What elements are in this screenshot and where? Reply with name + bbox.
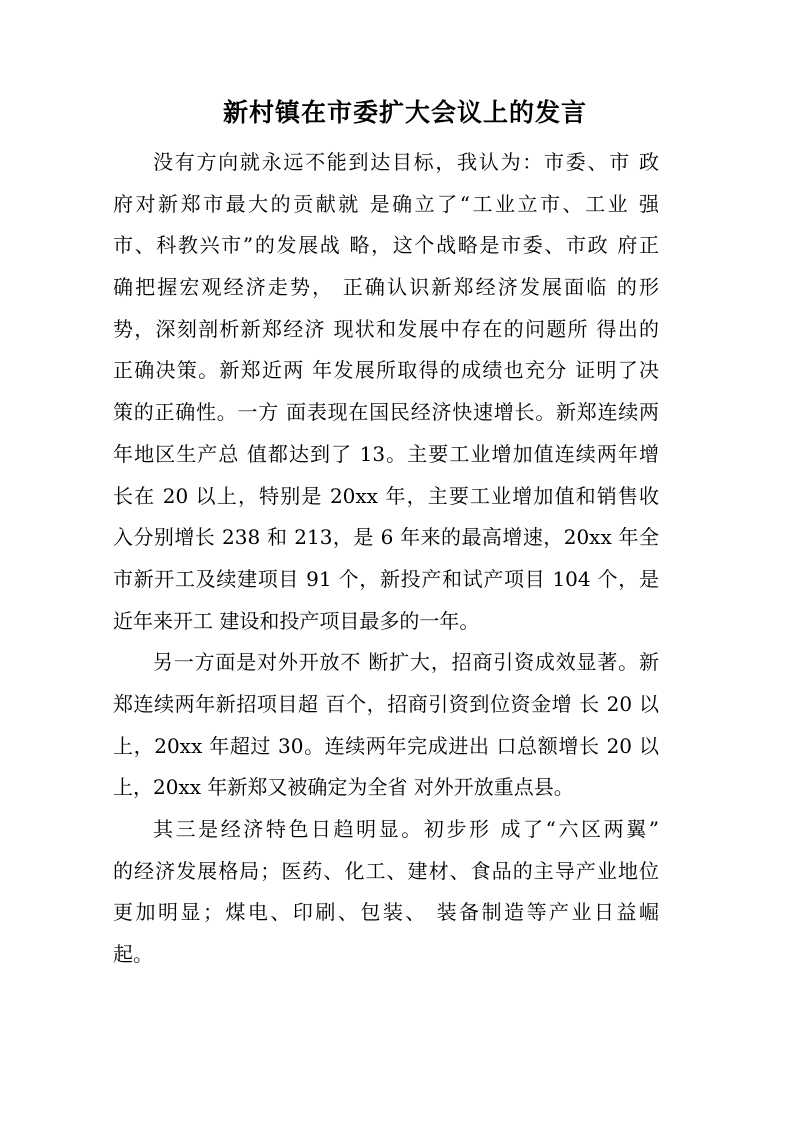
text-line: 近年来开工 建设和投产项目最多的一年。 <box>113 601 659 643</box>
text-line: 府对新郑市最大的贡献就 是确立了“工业立市、工业 强 <box>113 184 659 226</box>
text-line: 郑连续两年新招项目超 百个，招商引资到位资金增 长 20 以 <box>113 684 659 726</box>
document-page: 新村镇在市委扩大会议上的发言 没有方向就永远不能到达目标，我认为：市委、市 政 … <box>0 0 794 1123</box>
text-line: 势，深刻剖析新郑经济 现状和发展中存在的问题所 得出的 <box>113 309 659 351</box>
text-line: 市、科教兴市”的发展战 略，这个战略是市委、市政 府正 <box>113 225 659 267</box>
document-body: 没有方向就永远不能到达目标，我认为：市委、市 政 府对新郑市最大的贡献就 是确立… <box>113 142 659 976</box>
text-line: 市新开工及续建项目 91 个，新投产和试产项目 104 个，是 <box>113 559 659 601</box>
text-line: 的经济发展格局；医药、化工、建材、食品的主导产业地位 <box>113 851 659 893</box>
text-line: 另一方面是对外开放不 断扩大，招商引资成效显著。新 <box>113 642 659 684</box>
text-line: 确把握宏观经济走势， 正确认识新郑经济发展面临 的形 <box>113 267 659 309</box>
text-line: 上，20xx 年超过 30。连续两年完成进出 口总额增长 20 以 <box>113 726 659 768</box>
text-line: 没有方向就永远不能到达目标，我认为：市委、市 政 <box>113 142 659 184</box>
text-line: 年地区生产总 值都达到了 13。主要工业增加值连续两年增 <box>113 434 659 476</box>
text-line: 上，20xx 年新郑又被确定为全省 对外开放重点县。 <box>113 767 659 809</box>
text-line: 策的正确性。一方 面表现在国民经济快速增长。新郑连续两 <box>113 392 659 434</box>
text-line: 入分别增长 238 和 213，是 6 年来的最高增速，20xx 年全 <box>113 517 659 559</box>
text-line: 其三是经济特色日趋明显。初步形 成了“六区两翼” <box>113 809 659 851</box>
document-title: 新村镇在市委扩大会议上的发言 <box>113 90 659 136</box>
text-line: 正确决策。新郑近两 年发展所取得的成绩也充分 证明了决 <box>113 350 659 392</box>
text-line: 长在 20 以上，特别是 20xx 年，主要工业增加值和销售收 <box>113 476 659 518</box>
text-line: 更加明显；煤电、印刷、包装、 装备制造等产业日益崛 <box>113 892 659 934</box>
text-line: 起。 <box>113 934 659 976</box>
